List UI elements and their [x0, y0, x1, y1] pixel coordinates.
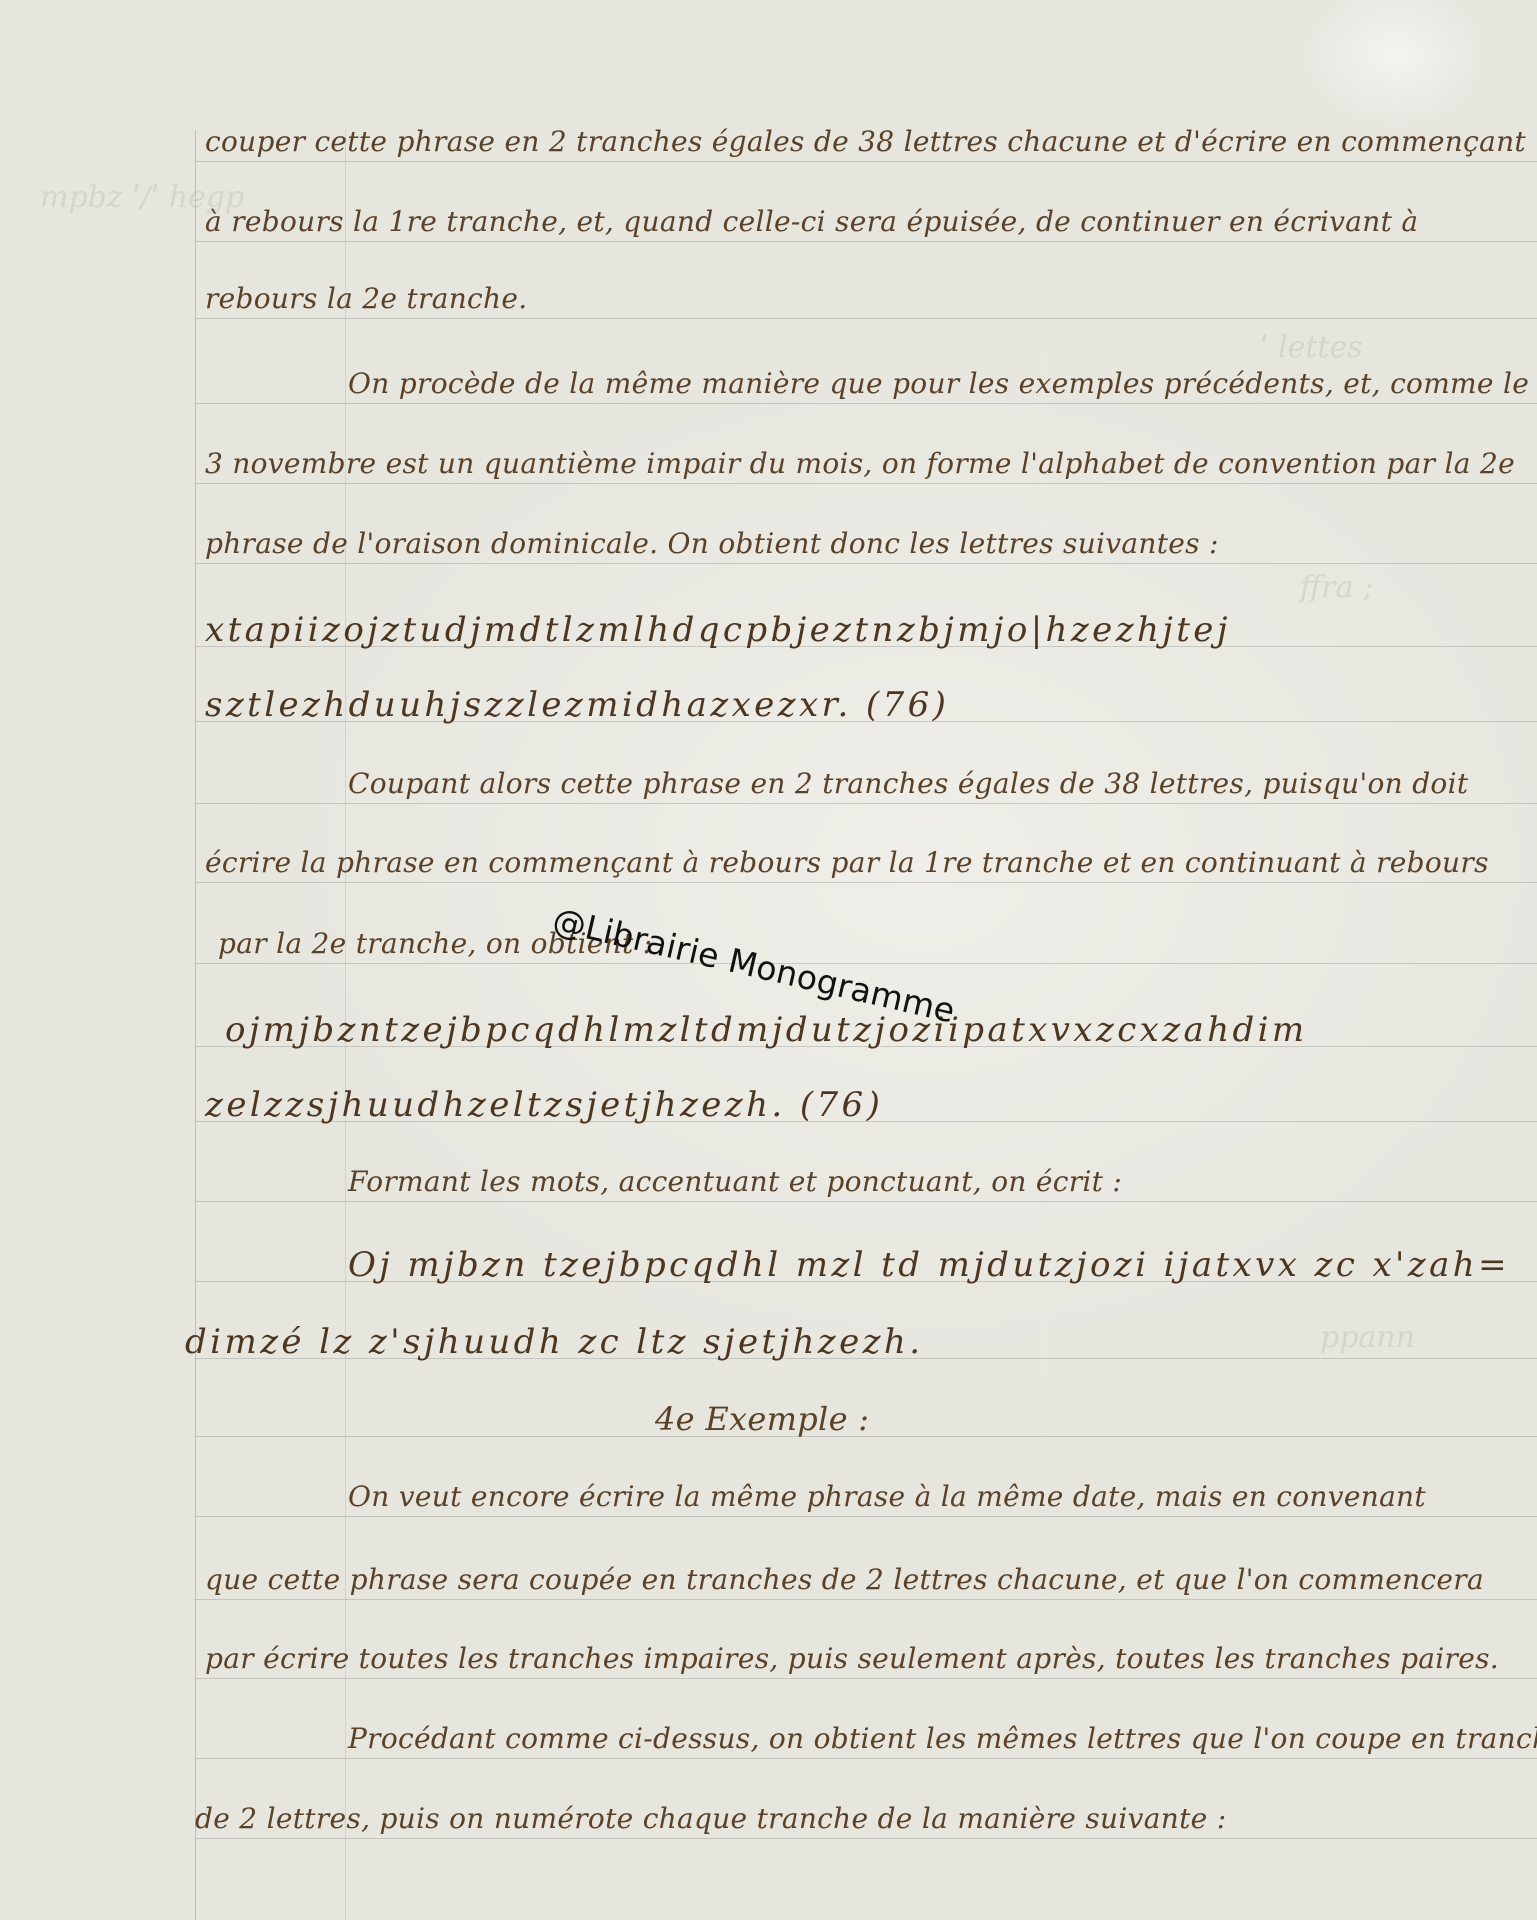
bleed-through-text: ˈ lettes [1260, 330, 1363, 365]
ruled-line [195, 1758, 1537, 1759]
text-line: couper cette phrase en 2 tranches égales… [205, 125, 1526, 158]
cipher-line: xtapiizojztudjmdtlzmlhdqcpbjeztnzbjmjo|h… [205, 610, 1231, 650]
text-line: par écrire toutes les tranches impaires,… [205, 1642, 1499, 1675]
ruled-line [195, 1516, 1537, 1517]
text-line: phrase de l'oraison dominicale. On obtie… [205, 527, 1219, 560]
text-line: de 2 lettres, puis on numérote chaque tr… [195, 1802, 1226, 1835]
text-line: rebours la 2e tranche. [205, 282, 527, 315]
ruled-line [195, 963, 1537, 964]
ruled-line [195, 563, 1537, 564]
bleed-through-text: ppann [1320, 1320, 1415, 1355]
ruled-line [195, 483, 1537, 484]
cipher-line: dimzé lz z'sjhuudh zc ltz sjetjhzezh. [185, 1322, 923, 1362]
text-line: à rebours la 1re tranche, et, quand cell… [205, 205, 1418, 238]
text-line: écrire la phrase en commençant à rebours… [205, 846, 1489, 879]
ruled-line [195, 1201, 1537, 1202]
text-line: Formant les mots, accentuant et ponctuan… [348, 1165, 1122, 1198]
ruled-line [195, 882, 1537, 883]
margin-rule-outer [195, 130, 196, 1920]
ruled-line [195, 803, 1537, 804]
text-line: 3 novembre est un quantième impair du mo… [205, 447, 1515, 480]
paper-fold [1040, 0, 1043, 1920]
cipher-line: ojmjbzntzejbpcqdhlmzltdmjdutzjoziipatxvx… [225, 1010, 1308, 1050]
text-line: Procédant comme ci-dessus, on obtient le… [348, 1722, 1537, 1755]
text-line: Coupant alors cette phrase en 2 tranches… [348, 767, 1468, 800]
ruled-line [195, 318, 1537, 319]
text-line: que cette phrase sera coupée en tranches… [205, 1563, 1484, 1596]
cipher-line: Oj mjbzn tzejbpcqdhl mzl td mjdutzjozi i… [348, 1245, 1510, 1285]
ruled-line [195, 161, 1537, 162]
text-line: On procède de la même manière que pour l… [348, 367, 1529, 400]
cipher-line: sztlezhduuhjszzlezmidhazxezxr. (76) [205, 685, 949, 725]
ruled-line [195, 1599, 1537, 1600]
ruled-line [195, 403, 1537, 404]
ruled-line [195, 1678, 1537, 1679]
ruled-line [195, 1838, 1537, 1839]
text-line: On veut encore écrire la même phrase à l… [348, 1480, 1426, 1513]
ruled-line [195, 241, 1537, 242]
cipher-line: zelzzsjhuudhzeltzsjetjhzezh. (76) [205, 1085, 883, 1125]
section-heading: 4e Exemple : [655, 1400, 869, 1438]
bleed-through-text: ffra ; [1300, 570, 1373, 605]
